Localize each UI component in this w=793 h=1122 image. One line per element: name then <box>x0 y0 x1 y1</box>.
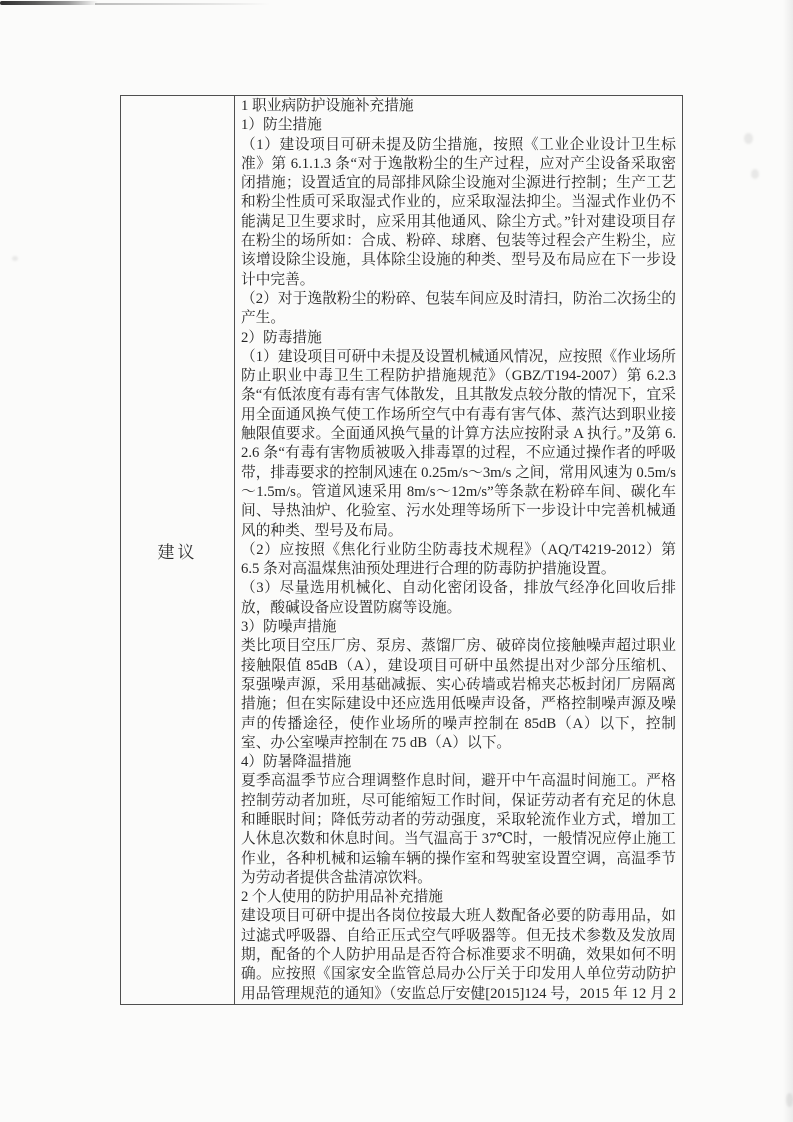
paragraph: （2）应按照《焦化行业防尘防毒技术规程》（AQ/T4219-2012）第 6.5… <box>241 541 676 580</box>
table-content-cell: 1 职业病防护设施补充措施1）防尘措施（1）建设项目可研未提及防尘措施，按照《工… <box>235 96 682 1004</box>
paragraph: 4）防暑降温措施 <box>241 753 676 772</box>
paragraph: 1）防尘措施 <box>241 116 676 135</box>
scan-artifact-top-edge <box>0 1 98 5</box>
scan-speck <box>786 1093 793 1107</box>
scan-speck <box>751 169 759 179</box>
paragraph: 类比项目空压厂房、泵房、蒸馏厂房、破碎岗位接触噪声超过职业接触限值 85dB（A… <box>241 637 676 753</box>
suggestions-table: 建议 1 职业病防护设施补充措施1）防尘措施（1）建设项目可研未提及防尘措施，按… <box>120 95 683 1005</box>
scan-artifact-top-edge-faint <box>95 3 270 5</box>
paragraph: 建设项目可研中提出各岗位按最大班人数配备必要的防毒用品，如过滤式呼吸器、自给正压… <box>241 907 676 1004</box>
paragraph: 夏季高温季节应合理调整作息时间，避开中午高温时间施工。严格控制劳动者加班，尽可能… <box>241 772 676 888</box>
paragraph: （3）尽量选用机械化、自动化密闭设备，排放气经净化回收后排放，酸碱设备应设置防腐… <box>241 579 676 618</box>
paragraph: 2）防毒措施 <box>241 329 676 348</box>
scan-speck <box>12 256 18 261</box>
row-label-text: 建议 <box>158 538 198 563</box>
scanned-page: 建议 1 职业病防护设施补充措施1）防尘措施（1）建设项目可研未提及防尘措施，按… <box>0 0 793 1122</box>
paragraph: （1）建设项目可研未提及防尘措施，按照《工业企业设计卫生标准》第 6.1.1.3… <box>241 136 676 290</box>
scan-shadow-right-edge <box>783 0 793 1122</box>
paragraph: （2）对于逸散粉尘的粉碎、包装车间应及时清扫，防治二次扬尘的产生。 <box>241 290 676 329</box>
table-row-label-cell: 建议 <box>121 96 235 1004</box>
scan-speck <box>744 133 753 144</box>
paragraph: 2 个人使用的防护用品补充措施 <box>241 888 676 907</box>
paragraph: 3）防噪声措施 <box>241 618 676 637</box>
paragraph: （1）建设项目可研中未提及设置机械通风情况，应按照《作业场所防止职业中毒卫生工程… <box>241 348 676 541</box>
paragraph: 1 职业病防护设施补充措施 <box>241 97 676 116</box>
